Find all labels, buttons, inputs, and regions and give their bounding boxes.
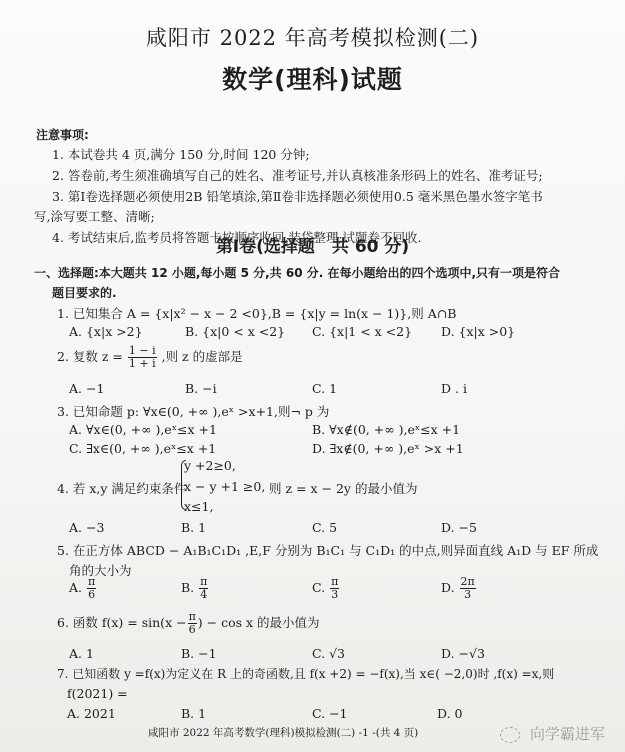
q6-stem-prefix: 6. 函数 f(x) = sin(x − <box>57 615 187 630</box>
notice-item-3: 3. 第Ⅰ卷选择题必须使用2B 铅笔填涂,第Ⅱ卷非选择题必须使用0.5 毫米黑色… <box>52 187 543 205</box>
q2-stem-suffix: ,则 z 的虚部是 <box>162 349 243 364</box>
exam-title: 咸阳市 2022 年高考模拟检测(二) <box>0 22 625 52</box>
q5-option-c-label: C. <box>312 580 325 595</box>
question-7-stem-cont: f(2021) = <box>67 686 128 701</box>
section-title: 第Ⅰ卷(选择题 共 60 分) <box>0 232 625 257</box>
q2-frac-denominator: 1 + i <box>128 358 157 370</box>
section-instruction-cont: 题目要求的. <box>52 284 117 301</box>
exam-subtitle: 数学(理科)试题 <box>0 60 625 96</box>
q6-option-a: A. 1 <box>69 646 94 661</box>
q1-option-b: B. {x|0 < x <2} <box>185 324 285 339</box>
q4-option-c: C. 5 <box>312 520 337 535</box>
q5-option-d-fraction: 2π3 <box>460 576 476 601</box>
q2-fraction: 1 − i 1 + i <box>128 345 157 370</box>
notice-item-2: 2. 答卷前,考生须准确填写自己的姓名、准考证号,并认真核准条形码上的姓名、准考… <box>52 166 543 184</box>
q5-a-den: 6 <box>87 589 96 601</box>
q4-option-b: B. 1 <box>181 520 206 535</box>
question-3-stem: 3. 已知命题 p: ∀x∈(0, +∞ ),eˣ >x+1,则¬ p 为 <box>57 402 329 420</box>
q3-option-c: C. ∃x∈(0, +∞ ),eˣ≤x +1 <box>69 441 216 456</box>
page-footer: 咸阳市 2022 年高考数学(理科)模拟检测(二) -1 -(共 4 页) <box>148 725 418 740</box>
q6-option-c: C. √3 <box>312 646 345 661</box>
watermark: 向学霸进军 <box>500 723 605 744</box>
question-4-stem-prefix: 4. 若 x,y 满足约束条件 <box>57 479 186 497</box>
q2-option-a: A. −1 <box>69 381 104 396</box>
q5-option-b-label: B. <box>181 580 194 595</box>
q2-stem-prefix: 2. 复数 z = <box>57 349 123 364</box>
notice-item-3-cont: 写,涂写要工整、清晰; <box>34 207 155 225</box>
q6-option-b: B. −1 <box>181 646 217 661</box>
q5-option-a-label: A. <box>69 580 82 595</box>
q5-option-b-fraction: π4 <box>199 576 208 601</box>
exam-page: 咸阳市 2022 年高考模拟检测(二) 数学(理科)试题 注意事项: 1. 本试… <box>0 0 625 752</box>
section-instruction: 一、选择题:本大题共 12 小题,每小题 5 分,共 60 分. 在每小题给出的… <box>34 264 560 281</box>
q7-option-c: C. −1 <box>312 706 348 721</box>
q7-option-d: D. 0 <box>437 706 462 721</box>
q5-option-a-fraction: π6 <box>87 576 96 601</box>
watermark-text: 向学霸进军 <box>530 725 605 743</box>
q6-fraction: π6 <box>188 611 197 636</box>
q4-option-a: A. −3 <box>69 520 104 535</box>
q7-option-a: A. 2021 <box>67 706 116 721</box>
q5-b-den: 4 <box>199 589 208 601</box>
q4-constraint-3: x≤1, <box>184 499 213 514</box>
q2-option-b: B. −i <box>185 381 217 396</box>
q5-d-den: 3 <box>460 589 476 601</box>
question-1-stem: 1. 已知集合 A = {x|x² − x − 2 <0},B = {x|y =… <box>57 304 456 322</box>
q4-constraint-2: x − y +1 ≥0, <box>184 479 265 494</box>
question-7-stem: 7. 已知函数 y =f(x)为定义在 R 上的奇函数,且 f(x +2) = … <box>57 665 554 682</box>
q5-option-a: A. π6 <box>69 576 97 601</box>
q6-option-d: D. −√3 <box>441 646 485 661</box>
q4-option-d: D. −5 <box>441 520 477 535</box>
q5-c-den: 3 <box>330 589 339 601</box>
question-5-stem: 5. 在正方体 ABCD − A₁B₁C₁D₁ ,E,F 分别为 B₁C₁ 与 … <box>57 541 598 559</box>
q2-option-d: D . i <box>441 381 467 396</box>
question-4-stem-suffix: 则 z = x − 2y 的最小值为 <box>269 479 417 497</box>
q5-option-d: D. 2π3 <box>441 576 477 601</box>
q6-frac-denominator: 6 <box>188 624 197 636</box>
q2-option-c: C. 1 <box>312 381 337 396</box>
q1-option-c: C. {x|1 < x <2} <box>312 324 412 339</box>
q5-option-c-fraction: π3 <box>330 576 339 601</box>
q7-option-b: B. 1 <box>181 706 206 721</box>
q5-option-c: C. π3 <box>312 576 340 601</box>
notice-item-1: 1. 本试卷共 4 页,满分 150 分,时间 120 分钟; <box>52 145 310 163</box>
wechat-icon <box>500 727 520 743</box>
q3-option-d: D. ∃x∉(0, +∞ ),eˣ >x +1 <box>312 441 464 456</box>
q1-option-d: D. {x|x >0} <box>441 324 515 339</box>
q4-constraint-1: y +2≥0, <box>184 458 236 473</box>
q6-stem-suffix: ) − cos x 的最小值为 <box>198 615 320 630</box>
q1-option-a: A. {x|x >2} <box>69 324 143 339</box>
q3-option-a: A. ∀x∈(0, +∞ ),eˣ≤x +1 <box>69 422 217 437</box>
question-6-stem: 6. 函数 f(x) = sin(x −π6) − cos x 的最小值为 <box>57 611 320 636</box>
q5-option-d-label: D. <box>441 580 455 595</box>
question-2-stem: 2. 复数 z = 1 − i 1 + i ,则 z 的虚部是 <box>57 345 243 370</box>
q3-option-b: B. ∀x∉(0, +∞ ),eˣ≤x +1 <box>312 422 460 437</box>
notice-heading: 注意事项: <box>36 126 89 143</box>
q5-option-b: B. π4 <box>181 576 209 601</box>
